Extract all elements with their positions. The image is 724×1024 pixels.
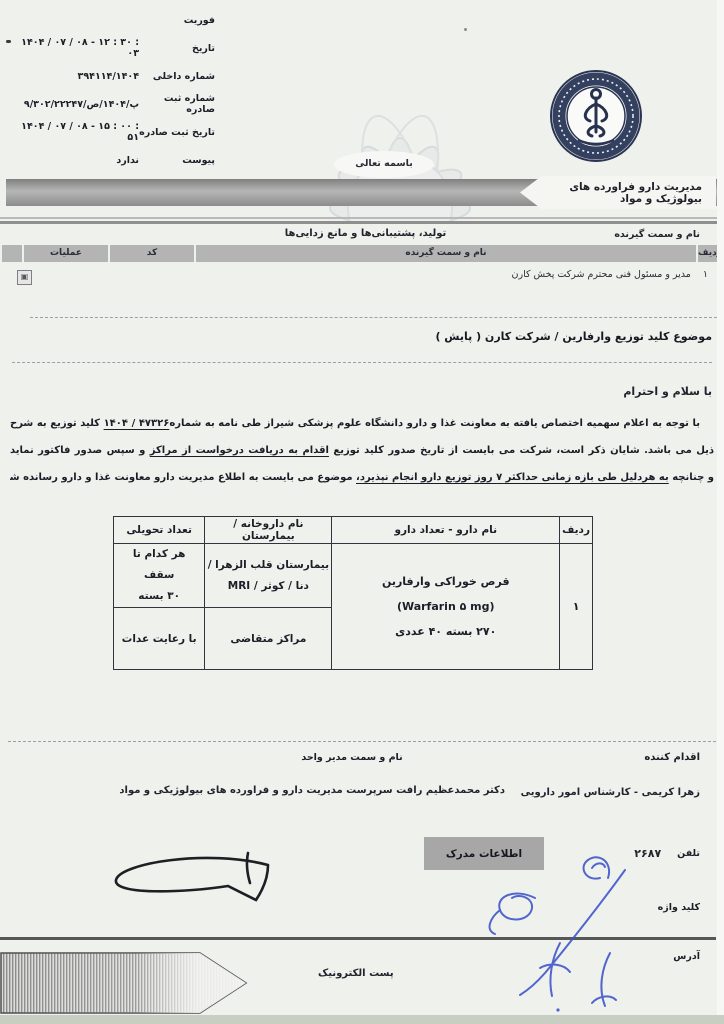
divider-line bbox=[0, 221, 724, 224]
drug-header-pharmacy: نام داروخانه / بیمارستان bbox=[205, 517, 332, 544]
drug-name-line: قرص خوراکی وارفارین bbox=[334, 569, 557, 594]
drug-strength-line: (Warfarin ۵ mg) bbox=[334, 594, 557, 619]
recipient-section-label: نام و سمت گیرنده bbox=[614, 229, 700, 240]
body-line-3: و چنانچه به هردلیل طی بازه زمانی حداکثر … bbox=[10, 464, 714, 491]
row-index: ۱ bbox=[703, 269, 708, 280]
university-logo bbox=[548, 68, 644, 164]
meta-label: شماره ثبت صادره bbox=[139, 93, 215, 115]
manager-name: دکتر محمدعظیم رافت سرپرست مدیریت دارو و … bbox=[160, 785, 505, 796]
body-line-2: ذیل می باشد. شایان ذکر است، شرکت می بایس… bbox=[10, 437, 714, 464]
manager-label: نام و سمت مدیر واحد bbox=[296, 752, 408, 763]
drug-cell-pharmacy-top: بیمارستان قلب الزهرا / دنا / کوثر / MRI bbox=[205, 544, 332, 608]
drug-cell-pharmacy-bottom: مراکز متقاضی bbox=[205, 608, 332, 670]
meta-field-urgency: فوریت bbox=[6, 6, 215, 34]
meta-label: تاریخ bbox=[139, 43, 215, 54]
body-paragraph: با توجه به اعلام سهمیه اختصاص یافته به م… bbox=[10, 410, 714, 491]
meta-field-attachment: پیوست ندارد bbox=[6, 146, 215, 174]
drug-table-header-row: ردیف نام دارو - تعداد دارو نام داروخانه … bbox=[114, 517, 593, 544]
header-cell-operations: عملیات bbox=[24, 245, 108, 262]
drug-cell-qty-bottom: با رعایت عدات bbox=[114, 608, 205, 670]
subject-line: موضوع کلید توزیع وارفارین / شرکت کارن ( … bbox=[435, 330, 712, 343]
drug-table: ردیف نام دارو - تعداد دارو نام داروخانه … bbox=[113, 516, 593, 670]
footer-gradient-bar bbox=[0, 952, 252, 1016]
recipient-table-header: ردیف نام و سمت گیرنده کد عملیات bbox=[2, 245, 722, 262]
drug-header-qty: تعداد تحویلی bbox=[114, 517, 205, 544]
address-label: آدرس bbox=[673, 951, 700, 962]
meta-field-internal-number: شماره داخلی ۳۹۴۱۱۴/۱۴۰۴ bbox=[6, 62, 215, 90]
keyword-label: کلید واژه bbox=[658, 902, 700, 913]
header-cell-name: نام و سمت گیرنده bbox=[196, 245, 696, 262]
operations-icon: ▣ bbox=[17, 270, 32, 285]
meta-value: ۳۹۴۱۱۴/۱۴۰۴ bbox=[6, 71, 139, 82]
scan-speck bbox=[464, 28, 467, 31]
pharmacy-line: بیمارستان قلب الزهرا / bbox=[207, 555, 329, 576]
meta-label: پیوست bbox=[139, 155, 215, 166]
qty-line: ۳۰ بسته bbox=[116, 586, 202, 607]
drug-qty-line: ۲۷۰ بسته ۴۰ عددی bbox=[334, 619, 557, 644]
footer-divider bbox=[8, 741, 716, 742]
letter-meta-block: فوریت تاریخ ۱۴۰۴ / ۰۷ / ۰۸ - ۱۲ : ۳۰ : ۰… bbox=[6, 6, 215, 174]
recipient-table-bottom-divider bbox=[30, 317, 722, 318]
page-edge-bottom bbox=[0, 1015, 724, 1024]
dept-banner-title: مدیریت دارو فراورده های بیولوژیک و مواد bbox=[520, 181, 716, 205]
meta-label: شماره داخلی bbox=[139, 71, 215, 82]
meta-value: ۱۴۰۴ / ۰۷ / ۰۸ - ۱۵ : ۰۰ : ۵۱ bbox=[6, 121, 139, 143]
meta-value: ۹/۳۰۲/۲۲۲۴۷/پ/۱۴۰۴/ص bbox=[6, 99, 139, 110]
body-line-1: با توجه به اعلام سهمیه اختصاص یافته به م… bbox=[10, 410, 714, 437]
subject-divider bbox=[12, 362, 712, 363]
phone-label: تلفن bbox=[677, 848, 700, 859]
pharmacy-line: دنا / کوثر / MRI bbox=[207, 576, 329, 597]
divider-line bbox=[0, 217, 724, 219]
scanned-letter-page: باسمه تعالی فوریت تاریخ ۱۴۰۴ / ۰۷ / ۰۸ -… bbox=[0, 0, 724, 1024]
meta-value: ۱۴۰۴ / ۰۷ / ۰۸ - ۱۲ : ۳۰ : ۰۳ bbox=[6, 37, 139, 59]
signature-ink bbox=[98, 843, 283, 915]
page-edge-right bbox=[717, 0, 724, 1024]
dept-banner-chevron: مدیریت دارو فراورده های بیولوژیک و مواد bbox=[520, 176, 716, 209]
salutation: با سلام و احترام bbox=[623, 385, 712, 398]
meta-label: فوریت bbox=[139, 15, 215, 26]
meta-field-outgoing-date: تاریخ ثبت صادره ۱۴۰۴ / ۰۷ / ۰۸ - ۱۵ : ۰۰… bbox=[6, 118, 215, 146]
drug-cell-qty-top: هر کدام تا سقف ۳۰ بسته bbox=[114, 544, 205, 608]
drug-header-radif: ردیف bbox=[560, 517, 593, 544]
handwriting-ink bbox=[440, 838, 650, 1020]
meta-field-outgoing-number: شماره ثبت صادره ۹/۳۰۲/۲۲۲۴۷/پ/۱۴۰۴/ص bbox=[6, 90, 215, 118]
header-cell-code: کد bbox=[110, 245, 194, 262]
drug-cell-index: ۱ bbox=[560, 544, 593, 670]
header-cell-stub bbox=[2, 245, 22, 262]
meta-label: تاریخ ثبت صادره bbox=[139, 127, 215, 138]
drug-header-name: نام دارو - تعداد دارو bbox=[332, 517, 560, 544]
actor-label: اقدام کننده bbox=[644, 752, 700, 763]
recipient-row: ۱ مدیر و مسئول فنی محترم شرکت پخش کارن bbox=[512, 269, 709, 280]
email-label: پست الکترونیک bbox=[318, 968, 394, 979]
meta-field-date: تاریخ ۱۴۰۴ / ۰۷ / ۰۸ - ۱۲ : ۳۰ : ۰۳ bbox=[6, 34, 215, 62]
qty-line: هر کدام تا سقف bbox=[116, 544, 202, 586]
meta-value: ندارد bbox=[6, 155, 139, 166]
production-section-label: تولید، پشتیبانی‌ها و مانع زدایی‌ها bbox=[258, 228, 473, 239]
recipient-name: مدیر و مسئول فنی محترم شرکت پخش کارن bbox=[512, 269, 691, 280]
drug-row-top: ۱ قرص خوراکی وارفارین (Warfarin ۵ mg) ۲۷… bbox=[114, 544, 593, 608]
actor-name: زهرا کریمی - کارشناس امور دارویی bbox=[521, 787, 700, 798]
drug-cell-name: قرص خوراکی وارفارین (Warfarin ۵ mg) ۲۷۰ … bbox=[332, 544, 560, 670]
scan-speck bbox=[6, 40, 11, 43]
bismillah-text: باسمه تعالی bbox=[334, 158, 434, 169]
